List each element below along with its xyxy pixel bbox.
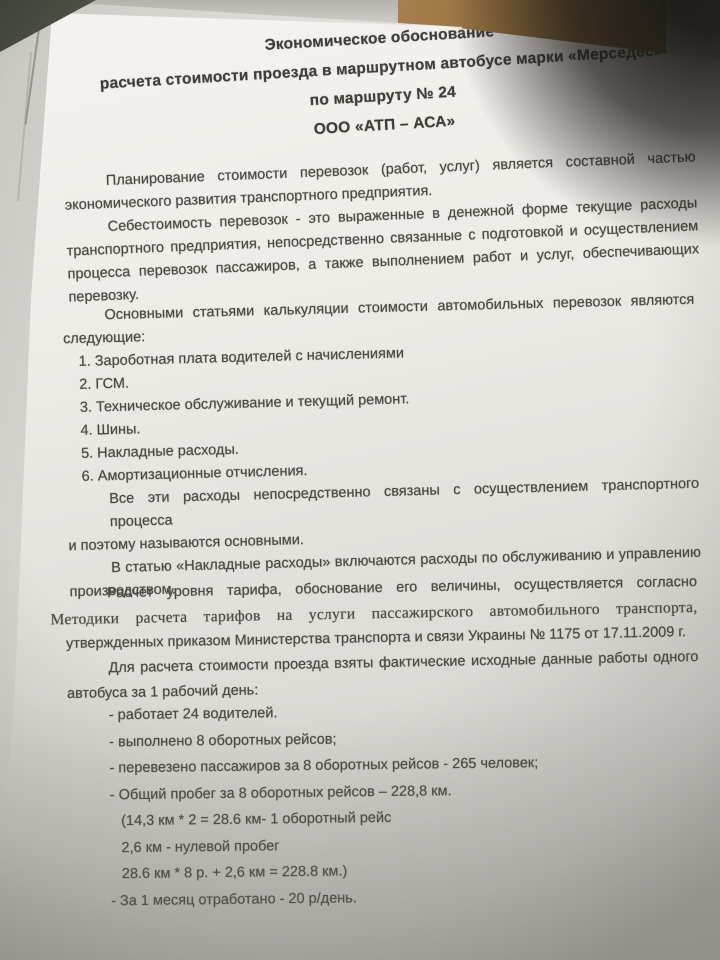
photo-scene: Экономическое обоснование расчета стоимо… [0, 0, 720, 960]
paragraph-block-tariff: Расчет уровня тарифа, обоснование его ве… [65, 570, 699, 707]
top-right-photo-shadow [400, 0, 720, 270]
paragraph-block-source-data: - работает 24 водителей. - выполнено 8 о… [65, 695, 700, 915]
paragraph-block-cost-items: Основными статьями калькуляции стоимости… [62, 289, 702, 604]
